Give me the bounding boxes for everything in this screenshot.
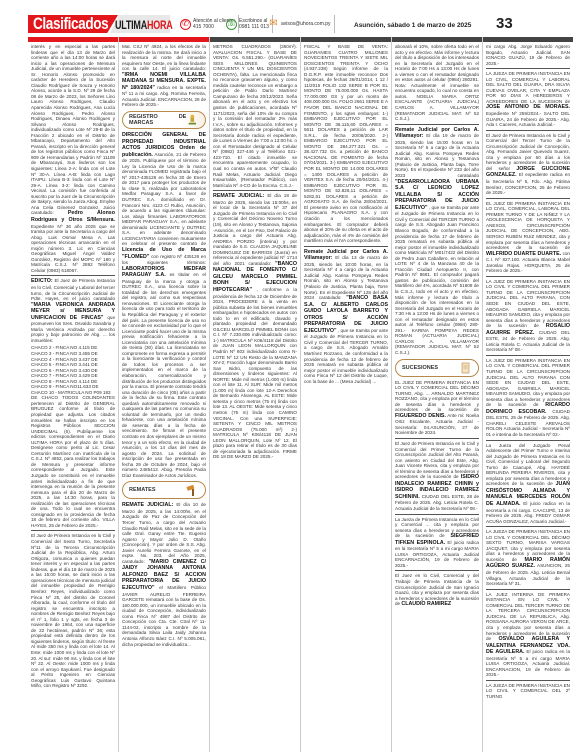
sucesion-notice: EL JUEZ DE PRIMERA INSTANCIA EN LO CIVIL… — [395, 380, 479, 436]
sucesion-notice: El Juez de Primera Instancia en lo Civil… — [395, 438, 479, 512]
column-5: abonará el 10%, sobre oferta todo en el … — [392, 37, 483, 752]
registro-marcas-notice: DIRECCIÓN GENERAL DE PROPIEDAD INDUSTRIA… — [122, 132, 206, 478]
newspaper-logo: ULTIMAHORA — [115, 18, 173, 32]
column-6: mi cargo Abg. Jorge Eduardo Agüero Bogad… — [483, 37, 573, 752]
page-number: 33 — [496, 15, 513, 32]
section-header-remates: REMATES — [122, 481, 206, 499]
column-top-bar — [210, 37, 300, 42]
whatsapp-icon: ☏ — [226, 19, 237, 30]
sucesion-notice: El Juez en lo Civil, Comercial y del Tra… — [395, 570, 479, 607]
sucesion-notice: La Jueza de Primera Instancia en lo Civi… — [395, 514, 479, 569]
sucesion-notice: LA JUEZ DE PRIMERA INSTANCIA EN LO CIVIL… — [486, 276, 570, 353]
edicto-notice: EDICTO: El Juez de Primera Instancia en … — [31, 275, 115, 343]
mensura-notice: interés y en especial a las partes linde… — [31, 44, 115, 273]
column-2: Mat. CSJ Nº 4924, a los efectos de la re… — [119, 37, 210, 752]
remate-judicial-notice: REMATE JUDICIAL: El día 10 de Marzo de 2… — [122, 502, 206, 647]
phone-icon: ✆ — [180, 19, 191, 30]
sucesion-notice: El Juez de Primera Instancia en lo Civil… — [486, 130, 570, 196]
column-top-bar — [392, 37, 482, 42]
sucesion-notice: LA JUEZ DE PRIMERA INSTANCIA EN LO CIVIL… — [486, 355, 570, 438]
section-title: Clasificados — [33, 14, 108, 34]
page-header: Clasificados ULTIMAHORA ✆ Atención al cl… — [0, 0, 580, 40]
publication-date: Asunción, sábado 1 de marzo de 2025 — [354, 22, 471, 29]
section-header-registro-marcas: REGISTRO DE MARCAS — [122, 111, 206, 129]
sucesion-notice: EL JUEZ DE PRIMERA INSTANCIA EN LO CIVIL… — [486, 198, 570, 274]
column-top-bar — [119, 37, 209, 42]
whatsapp-contact: ☏ Escribinos al0981 111 013 — [226, 15, 273, 33]
remate-judicial-notice: REMATE JUDICIAL: El día 18 de Marzo de 2… — [213, 190, 297, 460]
column-1: interés y en especial a las partes linde… — [28, 37, 119, 752]
sucesion-notice: LA JUEZA DE PRIMERA INSTANCIA EN LO CIVI… — [486, 68, 570, 127]
envelope-icon: ✉ — [268, 19, 279, 30]
document-icon — [458, 362, 472, 374]
gavel-icon — [185, 484, 199, 496]
sucesion-notice: LA JUEZA DE PRIMERA INSTANCIA EN LO CIVI… — [486, 526, 570, 586]
sucesion-notice: La Jueza del Juzgado Penal Adolescente d… — [486, 440, 570, 525]
column-top-bar — [28, 37, 118, 42]
sucesion-notice: LA JUEZA DE PRIMERA INSTANCIA EN LO CIVI… — [486, 680, 570, 700]
trophy-icon — [186, 114, 199, 126]
section-header-sucesiones: SUCESIONES — [395, 359, 479, 377]
remate-villamayor-notice-2: Remate Judicial por Carlos A. Villamayor… — [395, 124, 479, 356]
column-4: FISCAL Y BASE DE VENTA: GUARANIES CUATRO… — [301, 37, 392, 752]
email-contact: ✉ avisos@uhora.com.py — [268, 15, 335, 33]
column-top-bar — [483, 37, 573, 42]
sucesion-notice: LA JUEZ INTERINA DE PRIMERA INSTANCIA EN… — [486, 589, 570, 678]
column-top-bar — [301, 37, 391, 42]
fincas-list: CHACO 2 - FINCA NO 4.115 DE CHACO 3 - FI… — [31, 345, 115, 395]
remate-villamayor-notice: Remate Judicial por Carlos A. Villamayor… — [304, 246, 388, 385]
mensura-notice-2: El Juez de Primera Instancia en lo Civil… — [31, 530, 115, 688]
column-3: METROS CUADRADOS (360m²). AVALUACION FIS… — [210, 37, 301, 752]
classifieds-columns: interés y en especial a las partes linde… — [28, 37, 573, 752]
